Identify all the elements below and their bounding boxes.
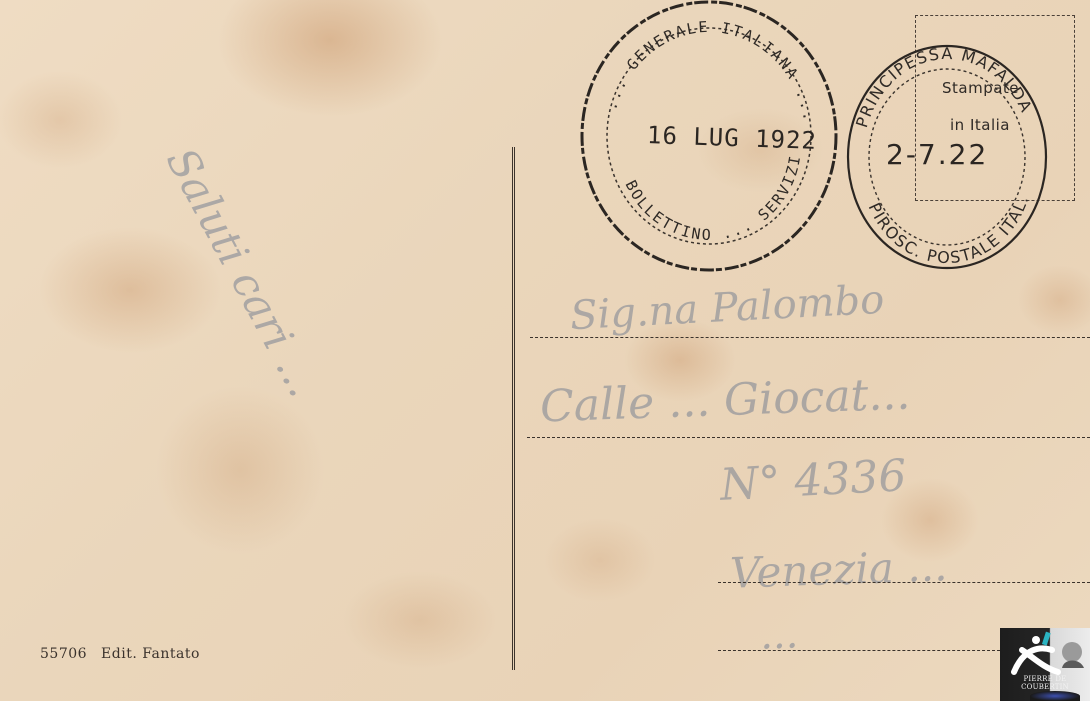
address-line-1: Sig.na Palombo [569,277,885,339]
address-rule [530,337,1090,338]
address-rule [527,437,1090,438]
svg-text:PIROSC. POSTALE ITAL.: PIROSC. POSTALE ITAL. [865,192,1033,267]
handwritten-message: Saluti cari ... [157,140,329,404]
address-rule [718,582,1090,583]
postmark-date: 16 LUG 1922 [647,121,818,155]
logo-base-shape [1030,691,1080,701]
card-number: 55706 [40,646,87,662]
svg-text:PRINCIPESSA MAFALDA: PRINCIPESSA MAFALDA [852,44,1036,130]
address-line-3: N° 4336 [719,450,908,511]
svg-text:... GENERALE ITALIANA ... RECA: ... GENERALE ITALIANA ... RECAPITO [578,0,819,134]
logo-caption: PIERRE DE COUBERTIN [1000,675,1090,691]
address-line-4: Venezia ... [729,541,948,598]
postcard-back: Saluti cari ... Sig.na Palombo Calle ...… [0,0,1090,701]
center-divider [512,147,515,670]
address-line-5: ... [759,611,799,658]
address-line-2: Calle ... Giocat... [539,369,911,433]
address-rule [718,650,1000,651]
postmark-date: 2-7.22 [886,138,988,171]
publisher-name: Edit. Fantato [101,646,200,662]
watermark-logo: PIERRE DE COUBERTIN [1000,628,1090,701]
publisher-line: 55706Edit. Fantato [40,646,200,662]
